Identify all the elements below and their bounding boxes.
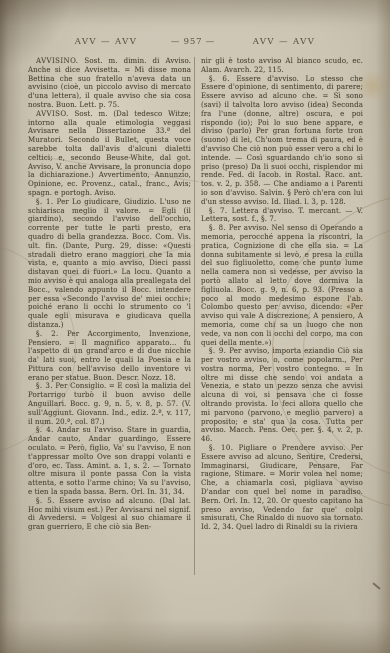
running-title-right: AVV — AVV <box>253 37 316 47</box>
dictionary-paragraph: §. 1. Per Lo giudicare, Giudizio. L'uso … <box>28 198 191 330</box>
dictionary-paragraph: §. 4. Andar su l'avviso. Stare in guardi… <box>28 426 191 496</box>
column-divider-rule <box>194 57 195 575</box>
entry-lead: AVVISO. <box>36 110 69 118</box>
entry-lead: §. 3. <box>36 382 53 390</box>
dictionary-paragraph: §. 7. Lettera d'avviso. T. mercant. — V.… <box>201 207 363 225</box>
entry-lead: AVVISINO. <box>36 57 78 65</box>
entry-lead: §. 2. <box>36 330 59 338</box>
entry-lead: §. 10. <box>209 444 233 452</box>
entry-lead: §. 6. <box>209 75 230 83</box>
entry-lead: §. 9. <box>209 347 226 355</box>
dictionary-paragraph: §. 10. Pigliare o Prendere avviso. Per E… <box>201 444 363 532</box>
edge-scratch-mark <box>372 582 380 589</box>
dictionary-paragraph: §. 5. Essere avviso ad alcuno. (Dal lat.… <box>28 497 191 532</box>
text-column-right: nir gli è tosto avviso Al bianco scudo, … <box>201 57 363 532</box>
entry-lead: §. 4. <box>36 426 54 434</box>
scanned-book-page: AVV — AVV — 957 — AVV — AVV AVVISINO. So… <box>0 0 390 653</box>
running-title-left: AVV — AVV <box>75 37 138 47</box>
dictionary-paragraph: §. 6. Essere d'avviso. Lo stesso che Ess… <box>201 75 363 207</box>
dictionary-paragraph: §. 3. Per Consiglio. = E così la malizia… <box>28 382 191 426</box>
dictionary-paragraph: AVVISINO. Sost. m. dimin. di Avviso. Anc… <box>28 57 191 110</box>
dictionary-paragraph: nir gli è tosto avviso Al bianco scudo, … <box>201 57 363 75</box>
entry-lead: §. 1. <box>36 198 53 206</box>
entry-lead: §. 8. <box>209 224 226 232</box>
text-column-left: AVVISINO. Sost. m. dimin. di Avviso. Anc… <box>28 57 191 532</box>
dictionary-paragraph: AVVISO. Sost. m. (Dal tedesco Witze; int… <box>28 110 191 198</box>
entry-lead: §. 5. <box>36 497 55 505</box>
entry-lead: §. 7. <box>209 207 228 215</box>
page-number: — 957 — <box>171 37 215 47</box>
dictionary-paragraph: §. 2. Per Accorgimento, Invenzione, Pens… <box>28 330 191 383</box>
dictionary-paragraph: §. 9. Per avviso, importa eziandio Ciò s… <box>201 347 363 444</box>
dictionary-paragraph: §. 8. Per avviso. Nel senso di Operando … <box>201 224 363 347</box>
